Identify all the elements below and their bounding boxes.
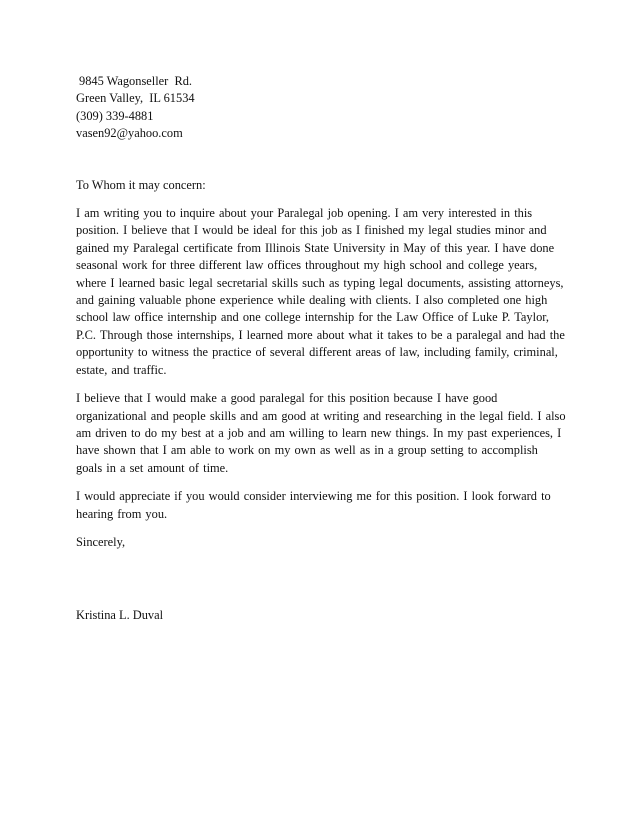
closing: Sincerely, [76,534,566,551]
sender-email: vasen92@yahoo.com [76,125,566,142]
salutation: To Whom it may concern: [76,177,566,194]
sender-address-block: 9845 Wagonseller Rd. Green Valley, IL 61… [76,73,566,143]
body-paragraph-2: I believe that I would make a good paral… [76,390,566,477]
body-paragraph-3: I would appreciate if you would consider… [76,488,566,523]
letter-page: 9845 Wagonseller Rd. Green Valley, IL 61… [76,73,566,625]
signature-name: Kristina L. Duval [76,607,566,624]
sender-street: 9845 Wagonseller Rd. [79,73,566,90]
sender-phone: (309) 339-4881 [76,108,566,125]
body-paragraph-1: I am writing you to inquire about your P… [76,205,566,379]
sender-city-state-zip: Green Valley, IL 61534 [76,90,566,107]
